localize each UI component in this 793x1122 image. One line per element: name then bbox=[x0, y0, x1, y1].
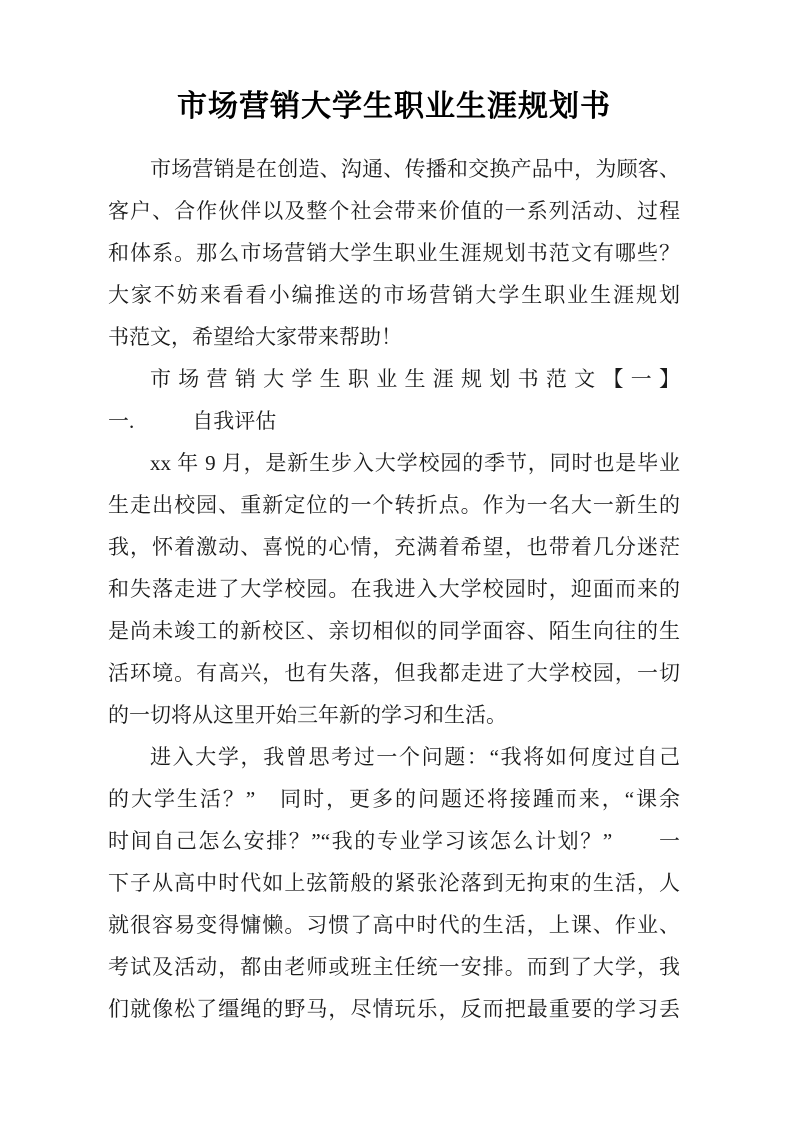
text-line: 进入大学，我曾思考过一个问题：“我将如何度过自己 bbox=[108, 736, 680, 778]
text-line: 考试及活动，都由老师或班主任统一安排。而到了大学，我 bbox=[108, 946, 680, 988]
heading-text: 自我评估 bbox=[192, 409, 276, 433]
text-line: 的大学生活？” 同时，更多的问题还将接踵而来，“课余 bbox=[108, 778, 680, 820]
text-line: 时间自己怎么安排？”“我的专业学习该怎么计划？” 一 bbox=[108, 820, 680, 862]
text-line: 的一切将从这里开始三年新的学习和生活。 bbox=[108, 694, 680, 736]
text-line: 大家不妨来看看小编推送的市场营销大学生职业生涯规划 bbox=[108, 274, 680, 316]
text-line: 客户、合作伙伴以及整个社会带来价值的一系列活动、过程 bbox=[108, 190, 680, 232]
document-body: 市场营销是在创造、沟通、传播和交换产品中，为顾客、客户、合作伙伴以及整个社会带来… bbox=[108, 148, 680, 1030]
text-line: 和体系。那么市场营销大学生职业生涯规划书范文有哪些？ bbox=[108, 232, 680, 274]
text-line: 就很容易变得慵懒。习惯了高中时代的生活，上课、作业、 bbox=[108, 904, 680, 946]
text-line: 们就像松了缰绳的野马，尽情玩乐，反而把最重要的学习丢 bbox=[108, 988, 680, 1030]
section-heading: 一.自我评估 bbox=[108, 400, 680, 442]
document-page: 市场营销大学生职业生涯规划书 市场营销是在创造、沟通、传播和交换产品中，为顾客、… bbox=[0, 0, 793, 1122]
text-line: 市场营销是在创造、沟通、传播和交换产品中，为顾客、 bbox=[108, 148, 680, 190]
text-line: 生走出校园、重新定位的一个转折点。作为一名大一新生的 bbox=[108, 484, 680, 526]
text-line: 我，怀着激动、喜悦的心情，充满着希望，也带着几分迷茫 bbox=[108, 526, 680, 568]
heading-numeral: 一. bbox=[108, 400, 134, 442]
text-line: xx 年 9 月，是新生步入大学校园的季节，同时也是毕业 bbox=[108, 442, 680, 484]
text-line: 书范文，希望给大家带来帮助！ bbox=[108, 316, 680, 358]
text-line: 活环境。有高兴，也有失落，但我都走进了大学校园，一切 bbox=[108, 652, 680, 694]
text-line: 和失落走进了大学校园。在我进入大学校园时，迎面而来的 bbox=[108, 568, 680, 610]
text-line: 市场营销大学生职业生涯规划书范文【一】 bbox=[108, 358, 680, 400]
document-title: 市场营销大学生职业生涯规划书 bbox=[108, 84, 680, 130]
text-line: 是尚未竣工的新校区、亲切相似的同学面容、陌生向往的生 bbox=[108, 610, 680, 652]
text-line: 下子从高中时代如上弦箭般的紧张沦落到无拘束的生活，人 bbox=[108, 862, 680, 904]
